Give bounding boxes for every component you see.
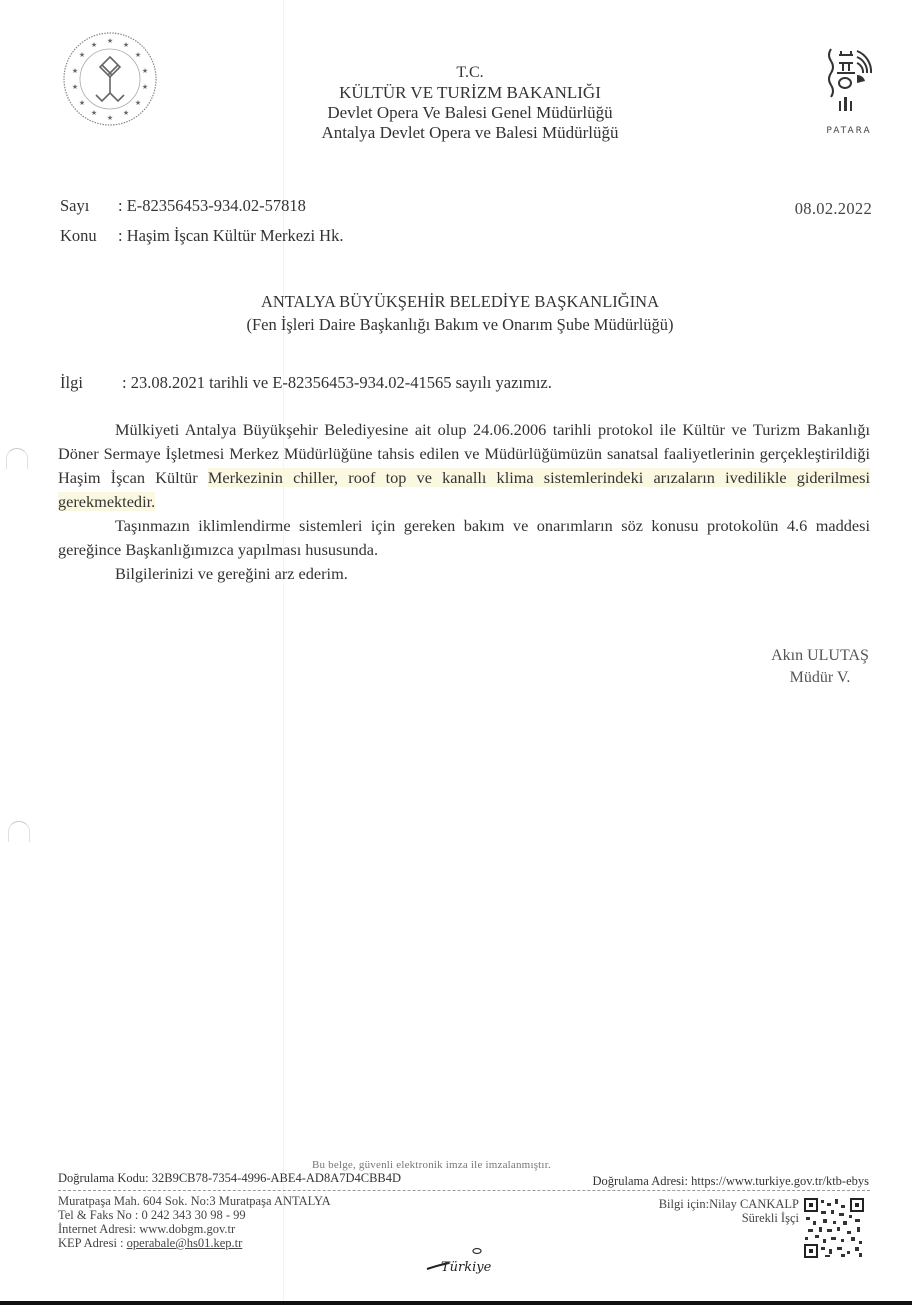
svg-text:★: ★ — [72, 83, 78, 91]
punch-hole-mark — [6, 448, 28, 469]
scan-edge-bar — [0, 1301, 912, 1305]
verification-code: Doğrulama Kodu: 32B9CB78-7354-4996-ABE4-… — [58, 1171, 401, 1186]
body-paragraph-2: Taşınmazın iklimlendirme sistemleri için… — [58, 514, 870, 562]
patara-logo-icon — [821, 45, 877, 119]
subject-value: : Haşim İşcan Kültür Merkezi Hk. — [118, 226, 343, 245]
subject-label: Konu — [60, 226, 118, 246]
svg-text:Türkiye: Türkiye — [441, 1260, 492, 1275]
phone-fax: Tel & Faks No : 0 242 343 30 98 - 99 — [58, 1208, 331, 1222]
letterhead-local-directorate: Antalya Devlet Opera ve Balesi Müdürlüğü — [280, 123, 660, 143]
signature-block: Akın ULUTAŞ Müdür V. — [760, 645, 880, 689]
qr-code-icon[interactable] — [803, 1197, 865, 1259]
postal-address: Muratpaşa Mah. 604 Sok. No:3 Muratpaşa A… — [58, 1194, 331, 1208]
svg-text:★: ★ — [142, 67, 148, 75]
info-contact-block: Bilgi için:Nilay CANKALP Sürekli İşçi — [659, 1197, 799, 1225]
ministry-seal-icon: ★★★ ★★★ ★★★ ★★★ ★★ — [62, 31, 158, 127]
info-contact-role: Sürekli İşçi — [659, 1211, 799, 1225]
info-contact-name: Bilgi için:Nilay CANKALP — [659, 1197, 799, 1211]
letterhead-ministry: KÜLTÜR VE TURİZM BAKANLIĞI — [280, 83, 660, 103]
e-signature-note: Bu belge, güvenli elektronik imza ile im… — [312, 1159, 551, 1171]
body-paragraph-1: Mülkiyeti Antalya Büyükşehir Belediyesin… — [58, 418, 870, 514]
document-date: 08.02.2022 — [795, 199, 872, 219]
document-number-label: Sayı — [60, 196, 118, 216]
subject-row: Konu: Haşim İşcan Kültür Merkezi Hk. — [60, 226, 343, 246]
svg-text:★: ★ — [107, 37, 113, 45]
document-number-row: Sayı: E-82356453-934.02-57818 — [60, 196, 306, 216]
letterhead-line-tc: T.C. — [280, 63, 660, 83]
addressee-name: ANTALYA BÜYÜKŞEHİR BELEDİYE BAŞKANLIĞINA — [180, 290, 740, 313]
verification-address[interactable]: Doğrulama Adresi: https://www.turkiye.go… — [593, 1174, 869, 1189]
signatory-name: Akın ULUTAŞ — [760, 645, 880, 667]
contact-address-block: Muratpaşa Mah. 604 Sok. No:3 Muratpaşa A… — [58, 1194, 331, 1250]
svg-text:★: ★ — [123, 109, 129, 117]
reference-label: İlgi — [60, 373, 122, 393]
signatory-title: Müdür V. — [760, 667, 880, 689]
addressee-department: (Fen İşleri Daire Başkanlığı Bakım ve On… — [180, 313, 740, 336]
letterhead-directorate: Devlet Opera Ve Balesi Genel Müdürlüğü — [280, 103, 660, 123]
turkiye-logo-icon: Türkiye — [425, 1247, 505, 1279]
reference-value: : 23.08.2021 tarihli ve E-82356453-934.0… — [122, 373, 552, 392]
svg-text:★: ★ — [142, 83, 148, 91]
kep-label: KEP Adresi : — [58, 1236, 127, 1250]
punch-hole-mark — [8, 821, 30, 842]
patara-logo-label: PATARA — [818, 126, 880, 136]
svg-text:★: ★ — [135, 51, 141, 59]
reference-row: İlgi: 23.08.2021 tarihli ve E-82356453-9… — [60, 373, 552, 393]
internet-address[interactable]: İnternet Adresi: www.dobgm.gov.tr — [58, 1222, 331, 1236]
addressee: ANTALYA BÜYÜKŞEHİR BELEDİYE BAŞKANLIĞINA… — [180, 290, 740, 336]
letterhead: T.C. KÜLTÜR VE TURİZM BAKANLIĞI Devlet O… — [280, 63, 660, 143]
svg-text:★: ★ — [91, 109, 97, 117]
svg-text:★: ★ — [135, 99, 141, 107]
document-number-value: : E-82356453-934.02-57818 — [118, 196, 306, 215]
svg-text:★: ★ — [72, 67, 78, 75]
svg-text:★: ★ — [79, 99, 85, 107]
svg-text:★: ★ — [91, 41, 97, 49]
svg-text:★: ★ — [123, 41, 129, 49]
svg-text:★: ★ — [79, 51, 85, 59]
patara-logo: PATARA — [818, 45, 880, 135]
svg-text:★: ★ — [107, 114, 113, 122]
kep-link[interactable]: operabale@hs01.kep.tr — [127, 1236, 243, 1250]
footer-divider — [58, 1190, 870, 1191]
letter-body: Mülkiyeti Antalya Büyükşehir Belediyesin… — [58, 418, 870, 586]
kep-address: KEP Adresi : operabale@hs01.kep.tr — [58, 1236, 331, 1250]
body-paragraph-3: Bilgilerinizi ve gereğini arz ederim. — [58, 562, 870, 586]
